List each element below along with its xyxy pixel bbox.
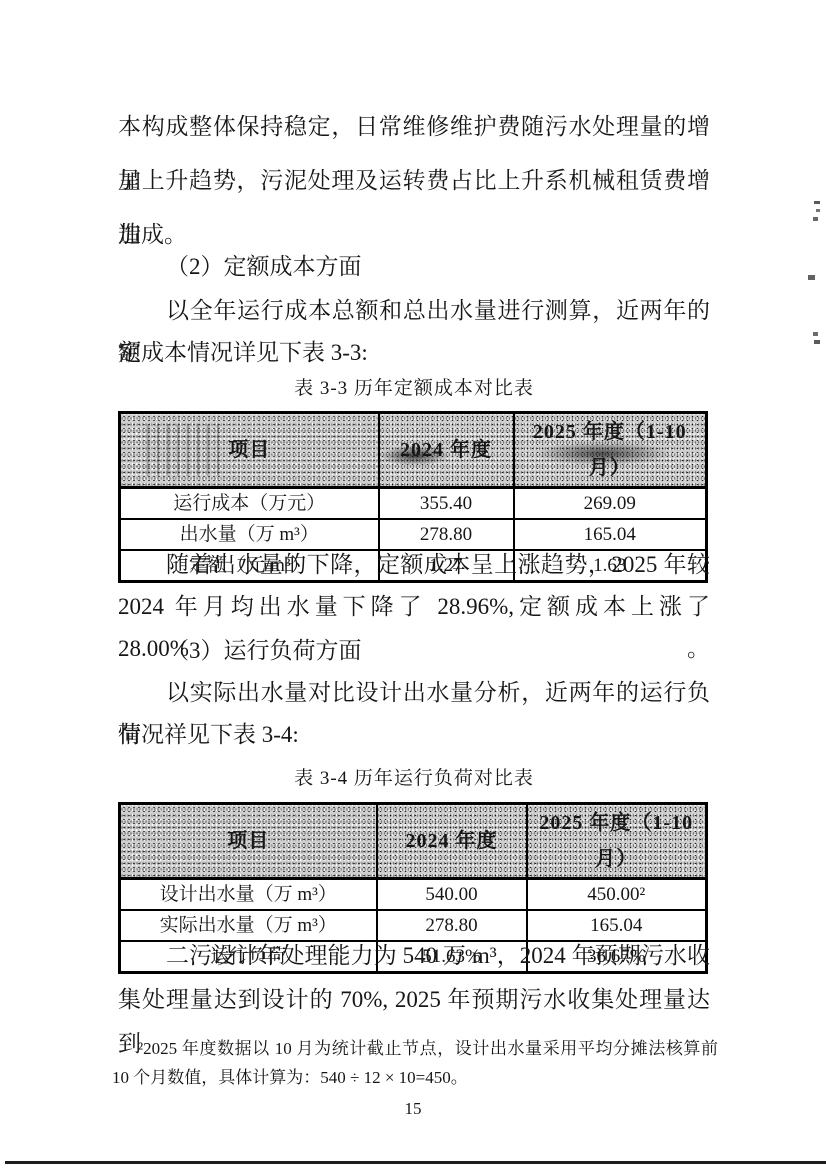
paragraph-line: 二污设计年处理能力为 540 万 m³，2024 年预期污水收 (118, 934, 710, 978)
table-3-4-caption: 表 3-4 历年运行负荷对比表 (118, 764, 710, 794)
table-3-4-header-2024: 2024 年度 (377, 804, 527, 879)
footnote-line: ²2025 年度数据以 10 月为统计截止节点，设计出水量采用平均分摊法核算前 (112, 1034, 718, 1063)
paragraph-line: 集处理量达到设计的 70%, 2025 年预期污水收集处理量达到 (118, 978, 710, 1022)
table-row: 运行成本（万元） 355.40 269.09 (120, 488, 707, 520)
paragraph-quota-cost-intro: 以全年运行成本总额和总出水量进行测算，近两年的定 额成本情况详见下表 3-3: (118, 290, 710, 374)
page-number: 15 (0, 1096, 826, 1122)
row-label: 设计出水量（万 m³） (120, 879, 377, 911)
table-3-3-header-item: 项目 (120, 413, 379, 488)
table-header-row: 项目 2024 年度 2025 年度（1-10 月） (120, 804, 707, 879)
paragraph-cost-structure: 本构成整体保持稳定，日常维修维护费随污水处理量的增加 呈上升趋势，污泥处理及运转… (118, 100, 710, 262)
bottom-edge-rule (5, 1161, 826, 1164)
footnote-line: 10 个月数值，具体计算为：540 ÷ 12 × 10=450。 (112, 1063, 718, 1092)
paragraph-line: 随着出水量的下降，定额成本呈上涨趋势，2025 年较 (118, 544, 710, 586)
heading-line: （3）运行负荷方面 (118, 630, 710, 672)
table-3-4-header-item: 项目 (120, 804, 377, 879)
cell-value: 355.40 (379, 488, 514, 520)
cell-value: 450.00² (527, 879, 707, 911)
paragraph-line: 以全年运行成本总额和总出水量进行测算，近两年的定 (118, 290, 710, 332)
scan-artifact (811, 330, 821, 350)
paragraph-line: 呈上升趋势，污泥处理及运转费占比上升系机械租赁费增加 (118, 154, 710, 208)
paragraph-line: 2024 年月均出水量下降了 28.96%,定额成本上涨了 28.00%。 (118, 586, 710, 628)
scan-artifact (806, 272, 818, 284)
table-3-3-caption: 表 3-3 历年定额成本对比表 (118, 374, 710, 404)
table-row: 设计出水量（万 m³） 540.00 450.00² (120, 879, 707, 911)
table-3-4-header-2025: 2025 年度（1-10 月） (527, 804, 707, 879)
section-heading-quota-cost: （2）定额成本方面 (118, 246, 710, 288)
table-header-row: 项目 2024 年度 2025 年度（1-10 月） (120, 413, 707, 488)
section-heading-operating-load: （3）运行负荷方面 (118, 630, 710, 672)
table-3-3-header-2025: 2025 年度（1-10 月） (514, 413, 707, 488)
cell-value: 540.00 (377, 879, 527, 911)
paragraph-operating-load-intro: 以实际出水量对比设计出水量分析，近两年的运行负荷 情况祥见下表 3-4: (118, 672, 710, 756)
paragraph-line: 额成本情况详见下表 3-3: (118, 332, 710, 374)
cell-value: 269.09 (514, 488, 707, 520)
heading-line: （2）定额成本方面 (118, 246, 710, 288)
footnote: ²2025 年度数据以 10 月为统计截止节点，设计出水量采用平均分摊法核算前 … (112, 1034, 718, 1092)
paragraph-line: 情况祥见下表 3-4: (118, 714, 710, 756)
document-page: 本构成整体保持稳定，日常维修维护费随污水处理量的增加 呈上升趋势，污泥处理及运转… (0, 0, 826, 1169)
paragraph-quota-cost-analysis: 随着出水量的下降，定额成本呈上涨趋势，2025 年较 2024 年月均出水量下降… (118, 544, 710, 628)
scan-artifact (813, 199, 822, 225)
table-3-3-header-2024: 2024 年度 (379, 413, 514, 488)
paragraph-design-capacity: 二污设计年处理能力为 540 万 m³，2024 年预期污水收 集处理量达到设计… (118, 934, 710, 1022)
paragraph-line: 以实际出水量对比设计出水量分析，近两年的运行负荷 (118, 672, 710, 714)
paragraph-line: 本构成整体保持稳定，日常维修维护费随污水处理量的增加 (118, 100, 710, 154)
row-label: 运行成本（万元） (120, 488, 379, 520)
